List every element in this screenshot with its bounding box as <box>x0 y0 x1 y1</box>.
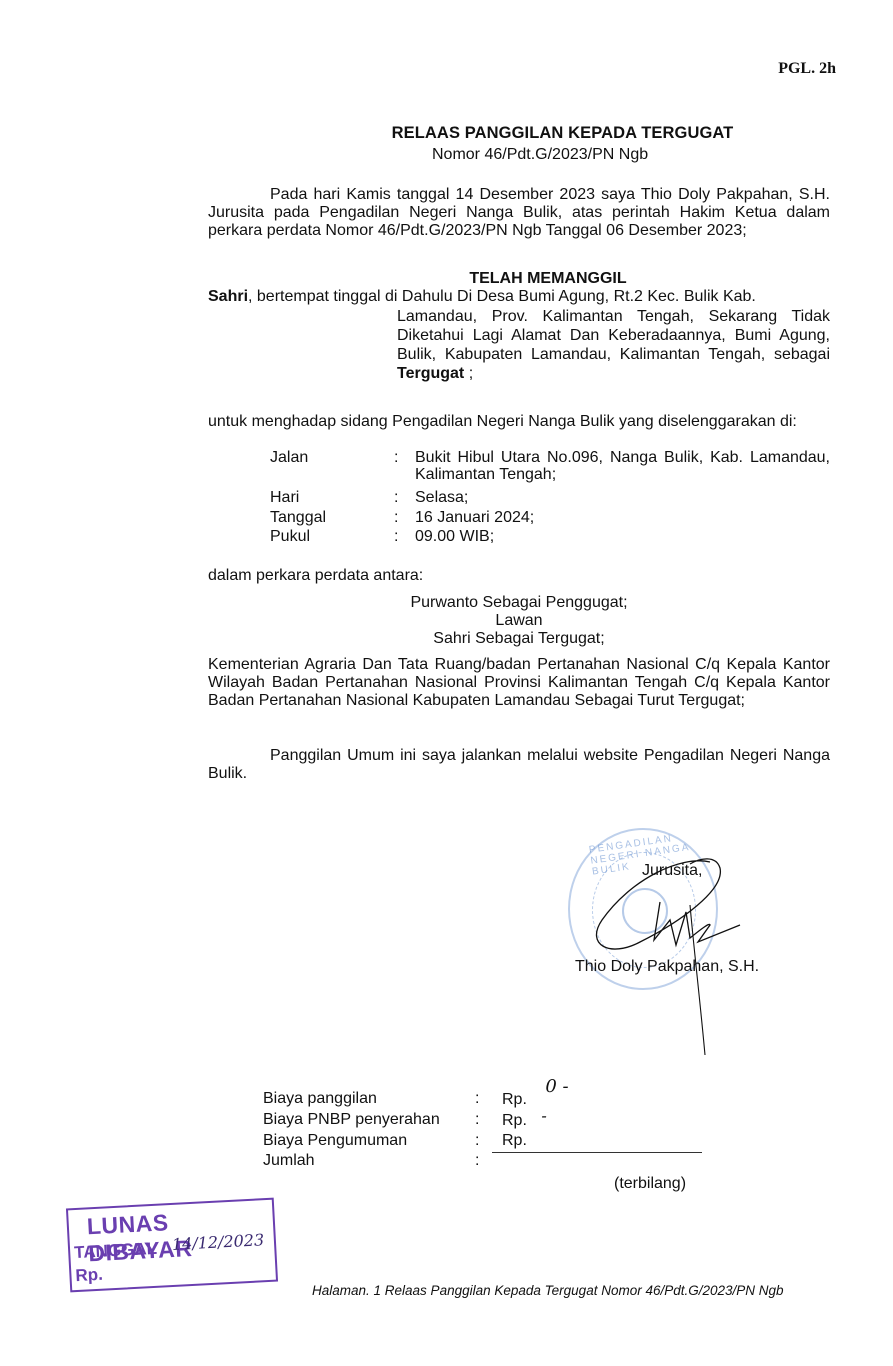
co-defendant-paragraph: Kementerian Agraria Dan Tata Ruang/badan… <box>208 656 830 710</box>
plaintiff-line: Purwanto Sebagai Penggugat; <box>208 594 830 612</box>
fee-label: Biaya panggilan <box>263 1089 475 1110</box>
detail-row-jalan: Jalan : Bukit Hibul Utara No.096, Nanga … <box>270 449 830 483</box>
fee-label: Jumlah <box>263 1151 475 1171</box>
summoned-heading: TELAH MEMANGGIL <box>208 270 888 288</box>
document-title: RELAAS PANGGILAN KEPADA TERGUGAT <box>200 124 893 143</box>
total-divider <box>492 1152 702 1153</box>
page-footer: Halaman. 1 Relaas Panggilan Kepada Tergu… <box>312 1283 784 1298</box>
page-code: PGL. 2h <box>778 60 836 78</box>
party-lead: , bertempat tinggal di <box>248 288 402 305</box>
document-number: Nomor 46/Pdt.G/2023/PN Ngb <box>432 146 648 164</box>
versus-line: Lawan <box>208 612 830 630</box>
detail-colon: : <box>394 528 415 545</box>
terbilang-label: (terbilang) <box>614 1175 686 1193</box>
detail-row-tanggal: Tanggal : 16 Januari 2024; <box>270 509 830 526</box>
fee-label: Biaya PNBP penyerahan <box>263 1110 475 1131</box>
fee-row: Biaya panggilan : Rp. 0 - <box>263 1089 702 1110</box>
detail-label: Hari <box>270 489 394 506</box>
detail-label: Jalan <box>270 449 394 483</box>
detail-label: Pukul <box>270 528 394 545</box>
party-role-suffix: ; <box>464 365 473 382</box>
signature-name: Thio Doly Pakpahan, S.H. <box>575 958 759 976</box>
fee-colon: : <box>475 1089 502 1110</box>
detail-colon: : <box>394 509 415 526</box>
detail-colon: : <box>394 489 415 506</box>
fee-value: Rp. <box>502 1131 702 1151</box>
fee-handwritten: 0 - <box>545 1076 568 1097</box>
detail-row-hari: Hari : Selasa; <box>270 489 830 506</box>
detail-value: Bukit Hibul Utara No.096, Nanga Bulik, K… <box>415 449 830 483</box>
fee-colon: : <box>475 1131 502 1151</box>
fee-currency: Rp. <box>502 1091 527 1108</box>
fee-row: Biaya Pengumuman : Rp. <box>263 1131 702 1151</box>
fee-currency: Rp. <box>502 1132 527 1149</box>
party-role: Tergugat <box>397 365 464 382</box>
paid-stamp: LUNAS DIBAYAR TANGGAL : 14/12/2023 Rp. <box>66 1198 278 1293</box>
defendant-line: Sahri Sebagai Tergugat; <box>208 630 830 648</box>
detail-value: Selasa; <box>415 489 830 506</box>
party-name: Sahri <box>208 288 248 305</box>
detail-row-pukul: Pukul : 09.00 WIB; <box>270 528 830 545</box>
fee-row: Biaya PNBP penyerahan : Rp. - <box>263 1110 702 1131</box>
fees-table: Biaya panggilan : Rp. 0 - Biaya PNBP pen… <box>263 1089 702 1171</box>
intro-paragraph: Pada hari Kamis tanggal 14 Desember 2023… <box>208 186 830 240</box>
fee-row: Jumlah : <box>263 1151 702 1171</box>
detail-label: Tanggal <box>270 509 394 526</box>
detail-value: 16 Januari 2024; <box>415 509 830 526</box>
appearance-intro: untuk menghadap sidang Pengadilan Negeri… <box>208 413 830 431</box>
party-address-rest: Lamandau, Prov. Kalimantan Tengah, Sekar… <box>397 308 830 363</box>
closing-paragraph: Panggilan Umum ini saya jalankan melalui… <box>208 747 830 783</box>
paid-stamp-amount-label: Rp. <box>75 1265 103 1286</box>
detail-value: 09.00 WIB; <box>415 528 830 545</box>
case-intro: dalam perkara perdata antara: <box>208 567 830 585</box>
detail-colon: : <box>394 449 415 483</box>
fee-colon: : <box>475 1110 502 1131</box>
fee-currency: Rp. <box>502 1112 527 1129</box>
fee-handwritten: - <box>541 1106 546 1125</box>
fee-colon: : <box>475 1151 502 1171</box>
fee-value: Rp. - <box>502 1110 702 1131</box>
fee-label: Biaya Pengumuman <box>263 1131 475 1151</box>
party-address-first: Dahulu Di Desa Bumi Agung, Rt.2 Kec. Bul… <box>402 288 756 305</box>
party-intro: Sahri, bertempat tinggal di Dahulu Di De… <box>208 288 756 306</box>
party-address: Lamandau, Prov. Kalimantan Tengah, Sekar… <box>397 307 830 383</box>
fee-value: Rp. 0 - <box>502 1089 702 1110</box>
fee-value <box>502 1151 702 1171</box>
